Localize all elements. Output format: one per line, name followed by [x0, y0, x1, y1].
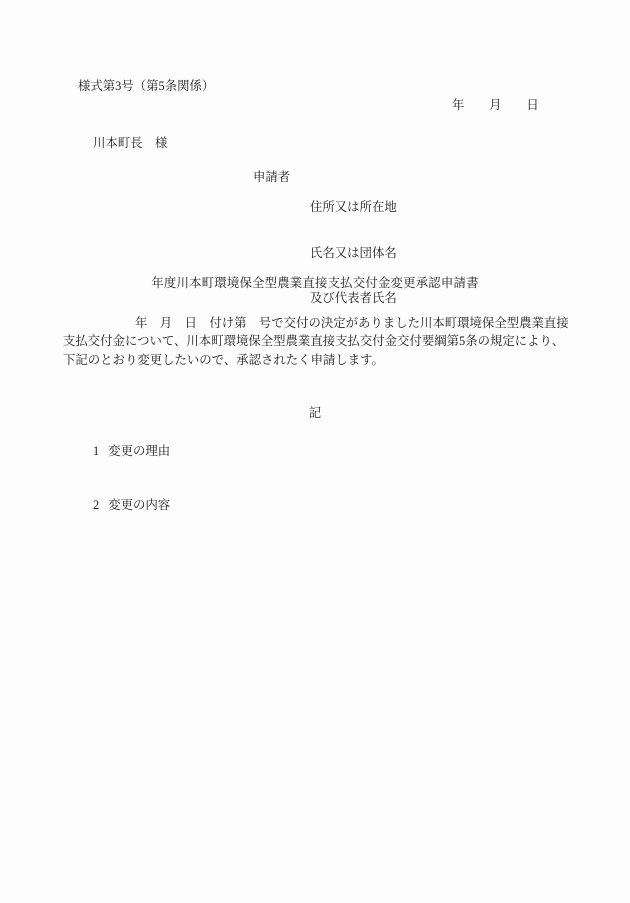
- item-label: 変更の理由: [108, 445, 170, 459]
- item-number: 1: [93, 445, 99, 459]
- list-item-change-reason: 1 変更の理由: [93, 445, 170, 459]
- body-line-3: 下記のとおり変更したいので、承認されたく申請します。: [63, 351, 565, 369]
- body-line-2: 支払交付金について、川本町環境保全型農業直接支払交付金交付要綱第5条の規定により…: [63, 332, 565, 350]
- form-number: 様式第3号（第5条関係）: [78, 80, 214, 94]
- document-page: 様式第3号（第5条関係） 年 月 日 川本町長 様 申請者 住所又は所在地 氏名…: [0, 0, 630, 903]
- body-line-1: 年 月 日 付け第 号で交付の決定がありました川本町環境保全型農業直接: [63, 314, 565, 332]
- applicant-representative-line: 及び代表者氏名: [310, 289, 397, 307]
- document-title: 年度川本町環境保全型農業直接支払交付金変更承認申請書: [0, 277, 630, 291]
- record-marker: 記: [0, 407, 630, 421]
- list-item-change-content: 2 変更の内容: [93, 499, 170, 513]
- applicant-block: 住所又は所在地 氏名又は団体名 及び代表者氏名: [310, 171, 397, 334]
- applicant-label: 申請者: [253, 171, 290, 185]
- item-label: 変更の内容: [108, 499, 170, 513]
- date-line: 年 月 日: [452, 99, 539, 113]
- applicant-name-line: 氏名又は団体名: [310, 244, 397, 262]
- body-paragraph: 年 月 日 付け第 号で交付の決定がありました川本町環境保全型農業直接 支払交付…: [63, 314, 565, 369]
- item-number: 2: [93, 499, 99, 513]
- addressee: 川本町長 様: [93, 137, 167, 151]
- applicant-address-line: 住所又は所在地: [310, 198, 397, 216]
